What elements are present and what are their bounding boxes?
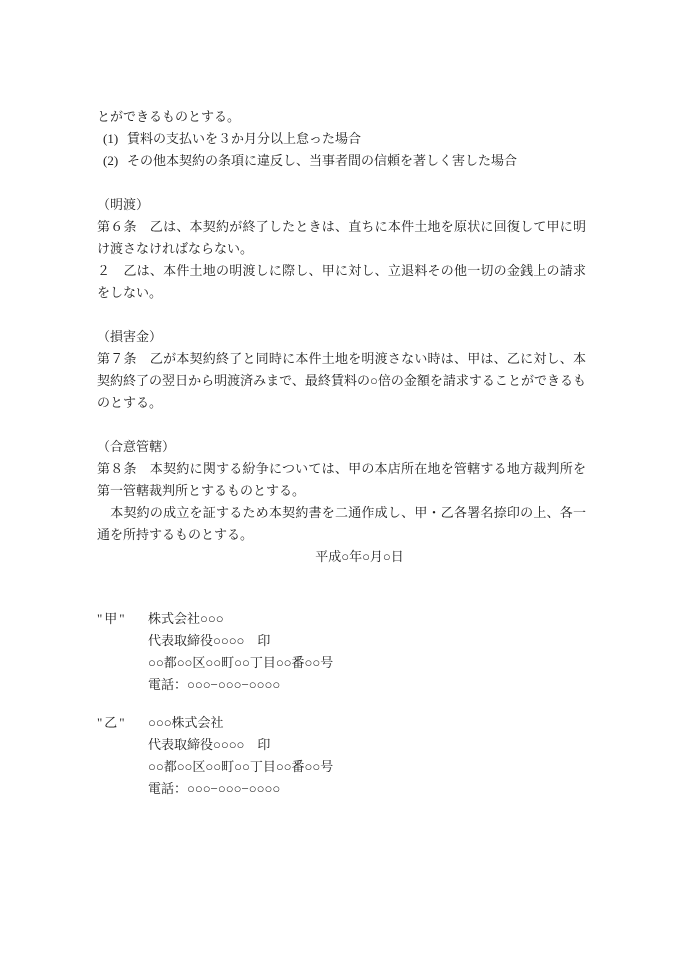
party-block-kou: "甲" 株式会社○○○ 代表取締役○○○○ 印 ○○都○○区○○町○○丁目○○番… <box>97 608 586 696</box>
party-company-row: "乙" ○○○株式会社 <box>97 712 586 734</box>
article-paragraph: 第７条 乙が本契約終了と同時に本件土地を明渡さない時は、甲は、乙に対し、本契約終… <box>97 348 586 414</box>
article-paragraph: 第６条 乙は、本契約が終了したときは、直ちに本件土地を原状に回復して甲に明け渡さ… <box>97 216 586 260</box>
party-phone: 電話：○○○−○○○−○○○○ <box>97 778 586 800</box>
contract-date: 平成○年○月○日 <box>97 546 586 568</box>
party-block-otsu: "乙" ○○○株式会社 代表取締役○○○○ 印 ○○都○○区○○町○○丁目○○番… <box>97 712 586 800</box>
article-7: （損害金） 第７条 乙が本契約終了と同時に本件土地を明渡さない時は、甲は、乙に対… <box>97 326 586 414</box>
item-text: その他本契約の条項に違反し、当事者間の信頼を著しく害した場合 <box>127 153 517 168</box>
party-company: ○○○株式会社 <box>148 712 224 734</box>
article-heading: （明渡） <box>97 194 586 216</box>
party-address: ○○都○○区○○町○○丁目○○番○○号 <box>97 652 586 674</box>
party-company: 株式会社○○○ <box>148 608 224 630</box>
item-number: (2) <box>103 150 127 172</box>
article-6: （明渡） 第６条 乙は、本契約が終了したときは、直ちに本件土地を原状に回復して甲… <box>97 194 586 304</box>
party-phone: 電話：○○○−○○○−○○○○ <box>97 674 586 696</box>
contract-page: とができるものとする。 (1)賃料の支払いを３か月分以上怠った場合 (2)その他… <box>97 106 586 800</box>
item-text: 賃料の支払いを３か月分以上怠った場合 <box>127 131 361 146</box>
continuation-line: とができるものとする。 <box>97 106 586 128</box>
article-paragraph: ２ 乙は、本件土地の明渡しに際し、甲に対し、立退料その他一切の金銭上の請求をしな… <box>97 260 586 304</box>
article-8: （合意管轄） 第８条 本契約に関する紛争については、甲の本店所在地を管轄する地方… <box>97 436 586 502</box>
closing-statement: 本契約の成立を証するため本契約書を二通作成し、甲・乙各署名捺印の上、各一通を所持… <box>97 502 586 546</box>
article-heading: （損害金） <box>97 326 586 348</box>
party-representative: 代表取締役○○○○ 印 <box>97 630 586 652</box>
party-company-row: "甲" 株式会社○○○ <box>97 608 586 630</box>
party-representative: 代表取締役○○○○ 印 <box>97 734 586 756</box>
party-label: "甲" <box>97 608 148 630</box>
termination-item-1: (1)賃料の支払いを３か月分以上怠った場合 <box>97 128 586 150</box>
party-label: "乙" <box>97 712 148 734</box>
termination-item-2: (2)その他本契約の条項に違反し、当事者間の信頼を著しく害した場合 <box>97 150 586 172</box>
party-address: ○○都○○区○○町○○丁目○○番○○号 <box>97 756 586 778</box>
item-number: (1) <box>103 128 127 150</box>
article-heading: （合意管轄） <box>97 436 586 458</box>
article-paragraph: 第８条 本契約に関する紛争については、甲の本店所在地を管轄する地方裁判所を第一管… <box>97 458 586 502</box>
